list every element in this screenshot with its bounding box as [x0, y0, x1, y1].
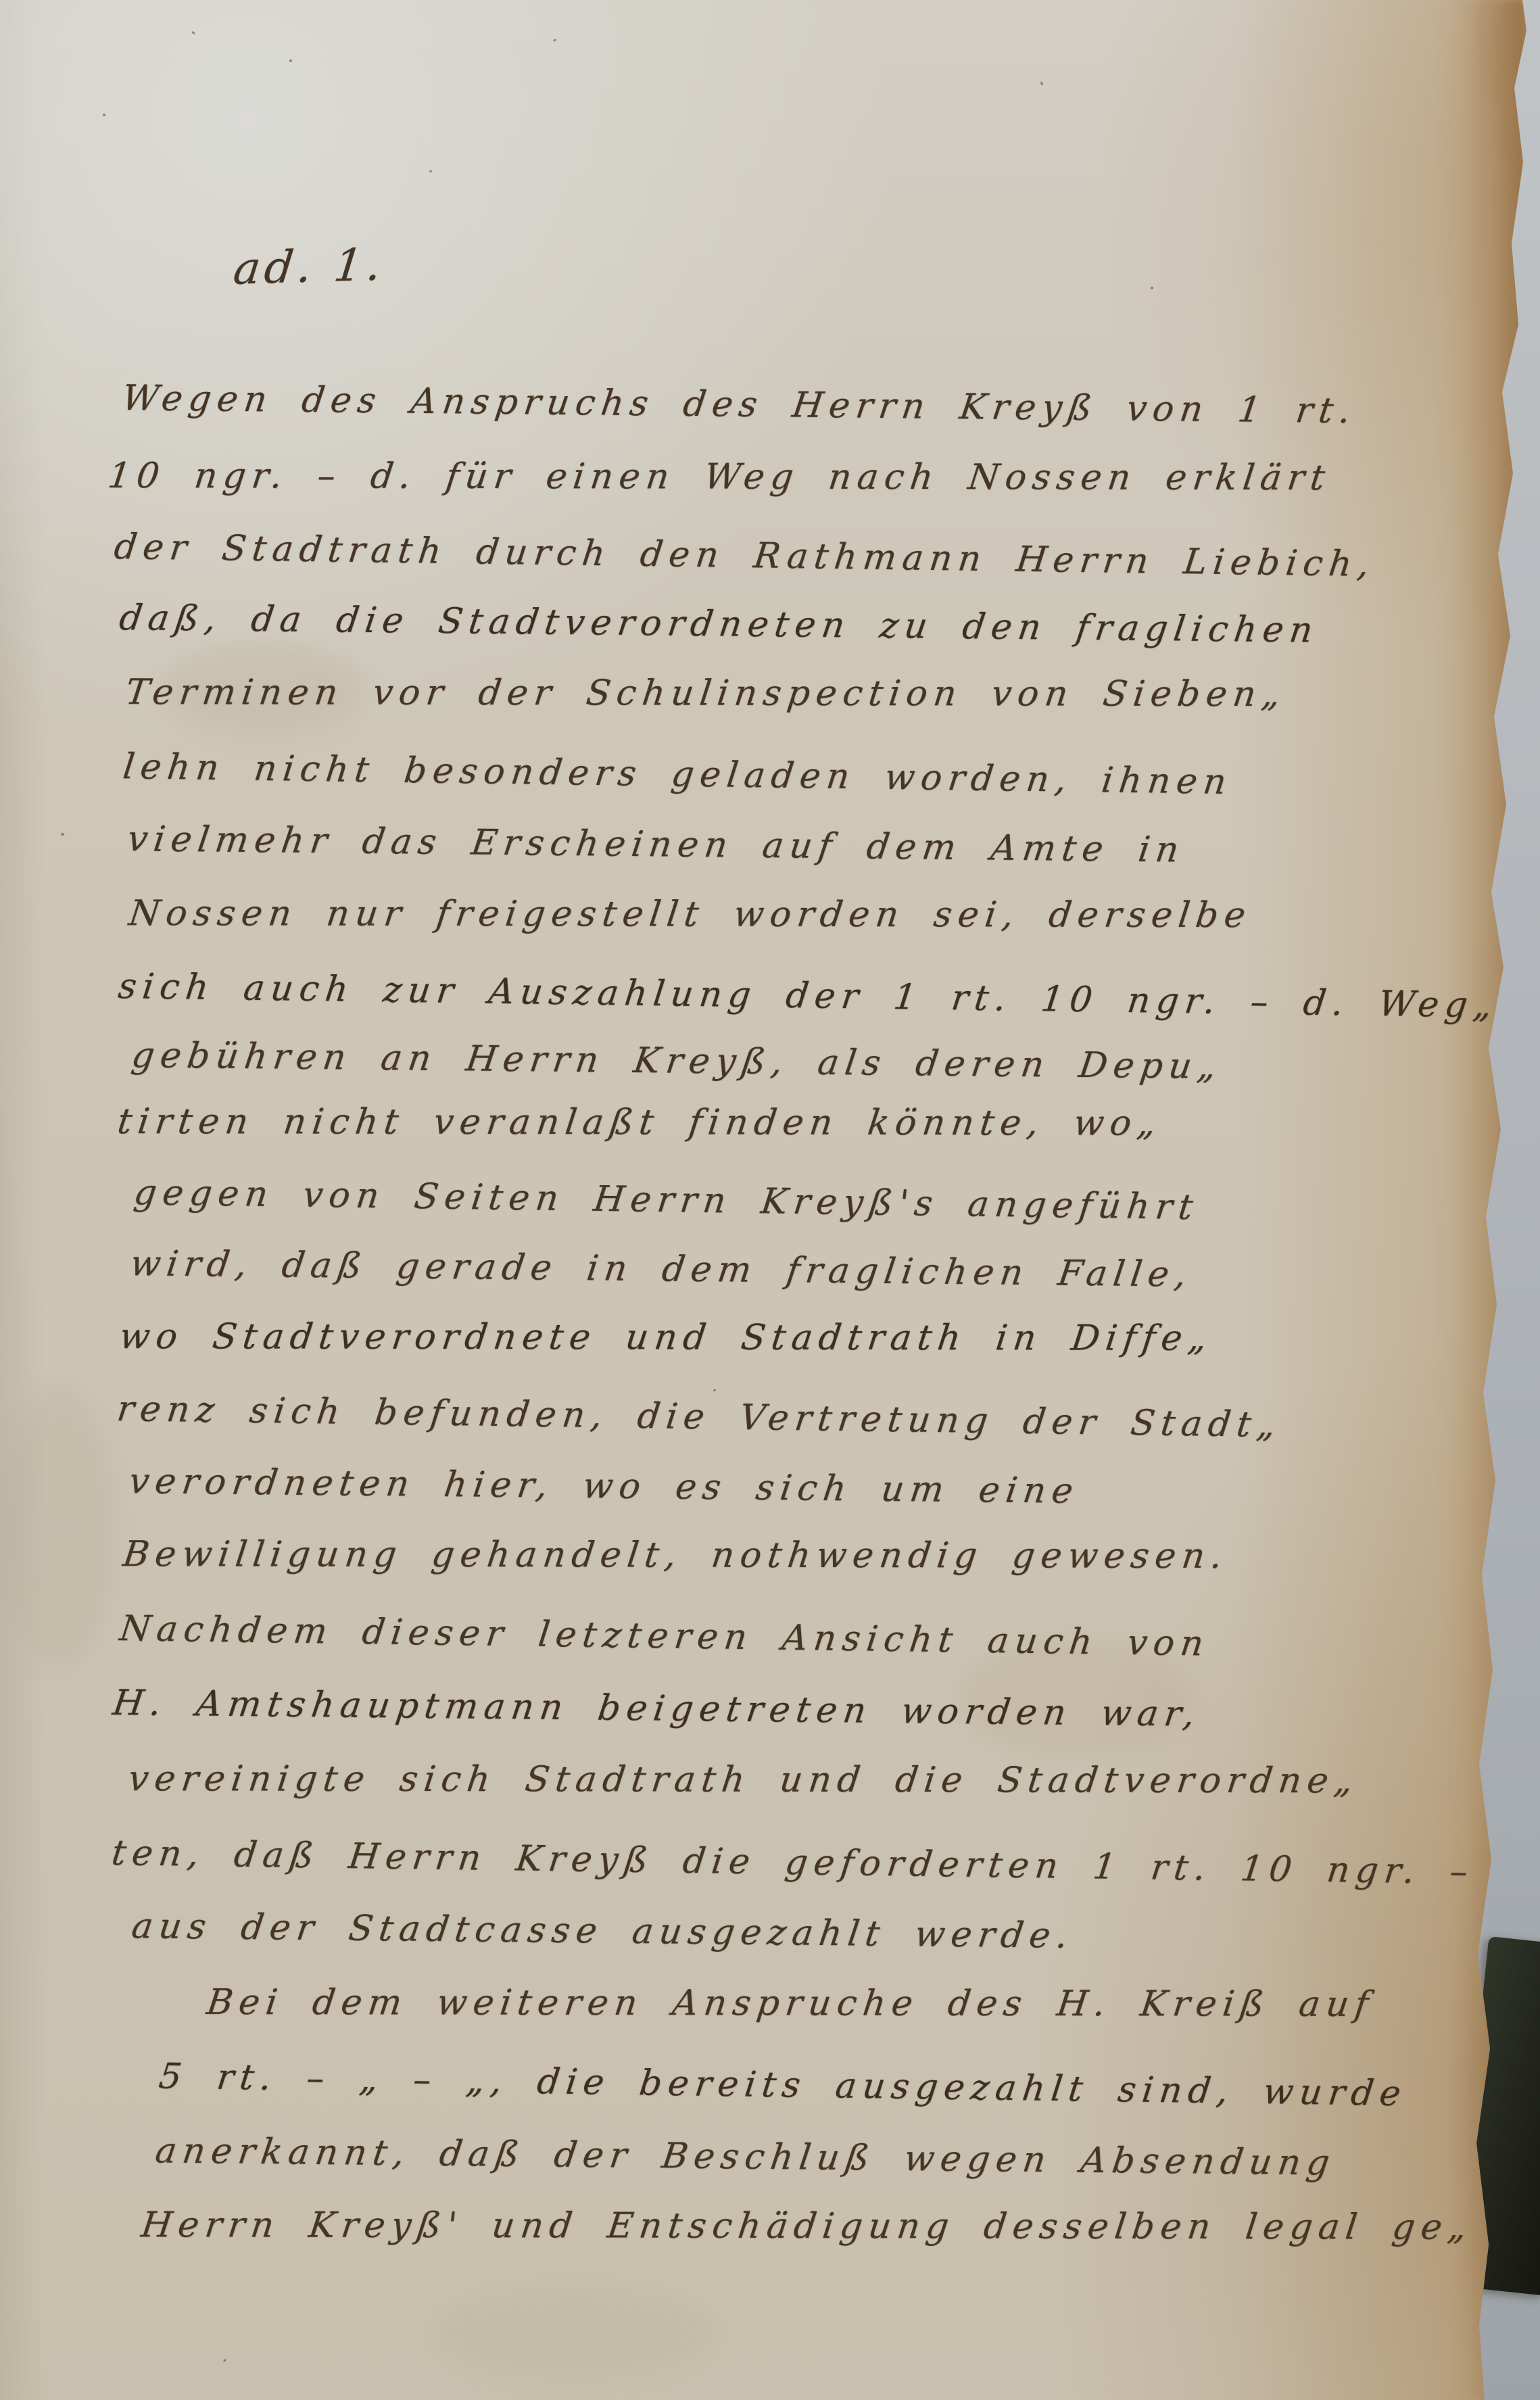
handwritten-text-layer: ad. 1. Wegen des Anspruchs des Herrn Kre…	[0, 0, 1540, 2400]
manuscript-line-11: tirten nicht veranlaßt finden könnte, wo…	[116, 1101, 1165, 1144]
manuscript-line-12: gegen von Seiten Herrn Kreyß's angeführt	[132, 1172, 1201, 1228]
manuscript-line-21: ten, daß Herrn Kreyß die geforderten 1 r…	[110, 1833, 1476, 1892]
manuscript-page: ad. 1. Wegen des Anspruchs des Herrn Kre…	[0, 0, 1540, 2400]
manuscript-line-19: H. Amtshauptmann beigetreten worden war,	[110, 1683, 1203, 1735]
manuscript-line-13: wird, daß gerade in dem fraglichen Falle…	[128, 1243, 1195, 1295]
manuscript-line-23: Bei dem weiteren Anspruche des H. Kreiß …	[205, 1982, 1377, 2025]
manuscript-line-5: Terminen vor der Schulinspection von Sie…	[123, 672, 1289, 715]
manuscript-line-16: verordneten hier, wo es sich um eine	[126, 1461, 1081, 1512]
manuscript-line-25: anerkannt, daß der Beschluß wegen Absend…	[153, 2130, 1338, 2183]
manuscript-line-2: 10 ngr. – d. für einen Weg nach Nossen e…	[105, 456, 1333, 498]
manuscript-line-15: renz sich befunden, die Vertretung der S…	[115, 1389, 1284, 1445]
manuscript-line-7: vielmehr das Erscheinen auf dem Amte in	[125, 819, 1187, 870]
scanned-manuscript-photo: ad. 1. Wegen des Anspruchs des Herrn Kre…	[0, 0, 1540, 2400]
manuscript-line-1: Wegen des Anspruchs des Herrn Kreyß von …	[120, 378, 1359, 431]
manuscript-line-17: Bewilligung gehandelt, nothwendig gewese…	[121, 1534, 1231, 1577]
manuscript-line-10: gebühren an Herrn Kreyß, als deren Depu„	[129, 1035, 1224, 1087]
manuscript-line-18: Nachdem dieser letzteren Ansicht auch vo…	[118, 1608, 1211, 1664]
manuscript-line-9: sich auch zur Auszahlung der 1 rt. 10 ng…	[116, 966, 1500, 1026]
manuscript-line-6: lehn nicht besonders geladen worden, ihn…	[121, 746, 1234, 802]
manuscript-line-8: Nossen nur freigestellt worden sei, ders…	[126, 893, 1253, 936]
manuscript-line-22: aus der Stadtcasse ausgezahlt werde.	[129, 1906, 1076, 1957]
section-heading: ad. 1.	[231, 239, 388, 295]
manuscript-line-14: wo Stadtverordnete und Stadtrath in Diff…	[118, 1316, 1216, 1359]
manuscript-line-20: vereinigte sich Stadtrath und die Stadtv…	[126, 1758, 1362, 1801]
manuscript-line-3: der Stadtrath durch den Rathmann Herrn L…	[112, 527, 1378, 585]
manuscript-line-4: daß, da die Stadtverordneten zu den frag…	[117, 598, 1321, 651]
manuscript-line-26: Herrn Kreyß' und Entschädigung desselben…	[139, 2205, 1475, 2247]
manuscript-line-24: 5 rt. – „ – „, die bereits ausgezahlt si…	[157, 2057, 1409, 2115]
